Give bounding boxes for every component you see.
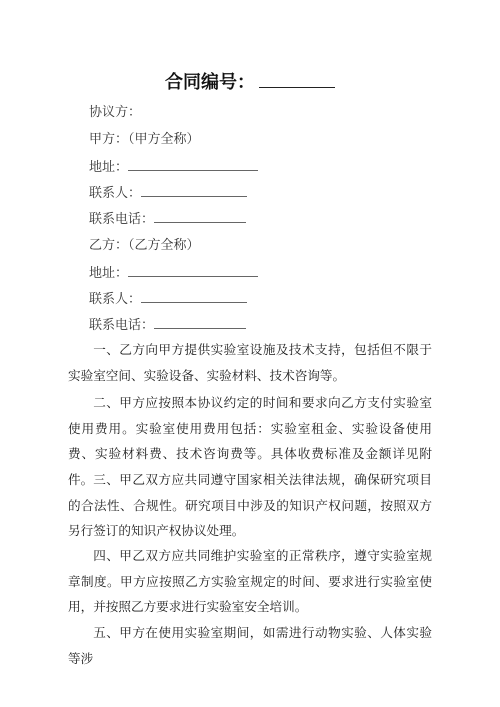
party-b-address-blank [128,264,258,277]
party-a-address-field: 地址： [89,158,258,176]
party-a-phone-field: 联系电话： [89,210,246,228]
contract-title: 合同编号： [0,68,500,94]
party-b-phone-field: 联系电话： [89,316,246,334]
contract-number-blank [259,73,335,88]
party-a-phone-label: 联系电话： [89,212,154,227]
party-b-heading: 乙方：（乙方全称） [89,237,200,255]
parties-label: 协议方： [89,104,141,122]
party-a-address-blank [128,158,258,171]
party-a-contact-blank [141,184,247,197]
party-b-address-label: 地址： [89,266,128,281]
clause-1: 一、乙方向甲方提供实验室设施及技术支持，包括但不限于实验室空间、实验设备、实验材… [68,337,432,388]
party-a-heading: 甲方：（甲方全称） [89,131,200,149]
clause-3: 三、甲乙双方应共同遵守国家相关法律法规，确保研究项目的合法性、合规性。研究项目中… [68,467,432,544]
party-b-contact-blank [141,290,247,303]
clause-5: 五、甲方在使用实验室期间，如需进行动物实验、人体实验等涉 [68,620,432,671]
party-a-address-label: 地址： [89,160,128,175]
party-b-phone-blank [154,316,246,329]
party-a-contact-label: 联系人： [89,186,141,201]
party-b-address-field: 地址： [89,264,258,282]
party-a-contact-field: 联系人： [89,184,247,202]
contract-number-label: 合同编号： [165,72,255,92]
party-b-contact-field: 联系人： [89,290,247,308]
clause-4: 四、甲乙双方应共同维护实验室的正常秩序，遵守实验室规章制度。甲方应按照乙方实验室… [68,543,432,620]
party-b-contact-label: 联系人： [89,292,141,307]
party-b-phone-label: 联系电话： [89,318,154,333]
party-a-phone-blank [154,210,246,223]
